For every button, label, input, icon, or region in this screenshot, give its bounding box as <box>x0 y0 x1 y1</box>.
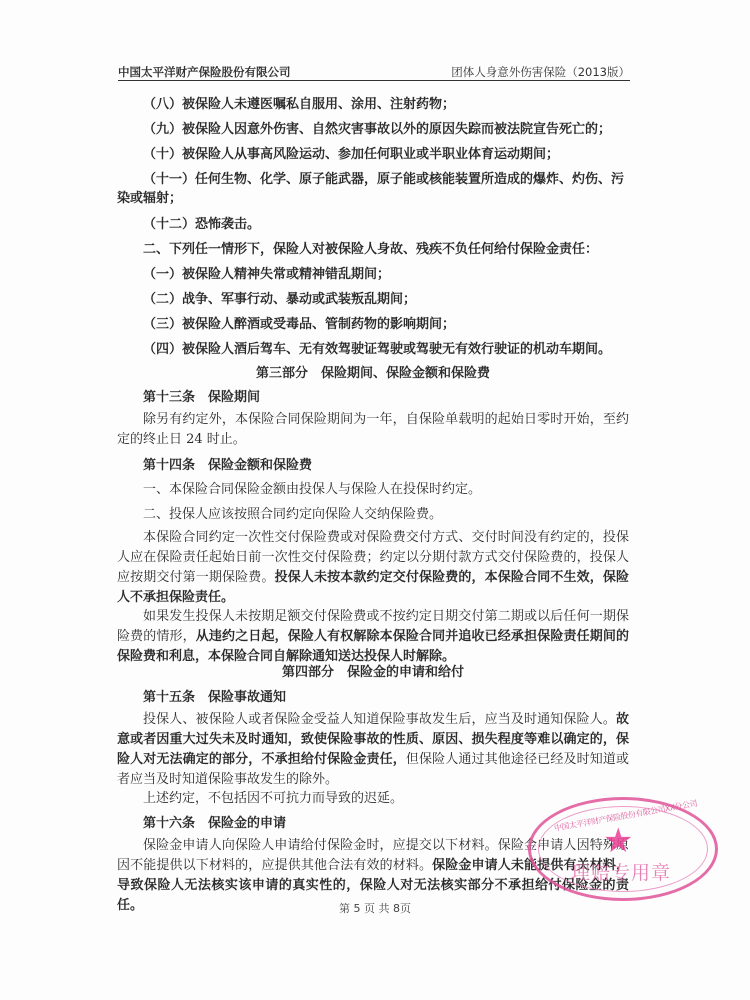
document-page: 中国太平洋财产保险股份有限公司 团体人身意外伤害保险（2013版） （八）被保险… <box>0 0 750 1000</box>
section-2-intro: 二、下列任一情形下，保险人对被保险人身故、残疾不负任何给付保险金责任： <box>143 241 598 259</box>
article-14-item-1: 一、本保险合同保险金额由投保人与保险人在投保时约定。 <box>143 481 481 499</box>
section-2-item-4: （四）被保险人酒后驾车、无有效驾驶证驾驶或驾驶无有效行驶证的机动车期间。 <box>143 341 611 359</box>
page-number: 第 5 页 共 8页 <box>0 900 750 916</box>
clause-11-line2: 染或辐射； <box>117 190 182 208</box>
company-seal-stamp: 中国太平洋财产保险股份有限公司XX分公司 ★ 理赔专用章 <box>528 797 718 901</box>
article-15-text-1: 投保人、被保险人或者保险金受益人知道保险事故发生后，应当及时通知保险人。 <box>143 712 616 727</box>
section-2-item-3: （三）被保险人醉酒或受毒品、管制药物的影响期间； <box>143 316 455 334</box>
article-14-para-1: 本保险合同约定一次性交付保险费或对保险费交付方式、交付时间没有约定的，投保人应在… <box>117 528 629 608</box>
article-14-item-2: 二、投保人应该按照合同约定向保险人交纳保险费。 <box>143 506 442 524</box>
clause-8: （八）被保险人未遵医嘱私自服用、涂用、注射药物； <box>143 96 455 114</box>
header-product: 团体人身意外伤害保险（2013版） <box>451 64 630 80</box>
article-13-text: 除另有约定外，本保险合同保险期间为一年，自保险单载明的起始日零时开始，至约定的终… <box>117 410 629 450</box>
page-header: 中国太平洋财产保险股份有限公司 团体人身意外伤害保险（2013版） <box>118 62 630 81</box>
article-15-para-2: 上述约定，不包括因不可抗力而导致的迟延。 <box>143 790 403 808</box>
clause-9: （九）被保险人因意外伤害、自然灾害事故以外的原因失踪而被法院宣告死亡的； <box>143 121 611 139</box>
part-3-title: 第三部分 保险期间、保险金额和保险费 <box>117 365 629 383</box>
section-2-item-2: （二）战争、军事行动、暴动或武装叛乱期间； <box>143 291 416 309</box>
section-2-item-1: （一）被保险人精神失常或精神错乱期间； <box>143 266 390 284</box>
article-15-title: 第十五条 保险事故通知 <box>143 689 286 707</box>
star-icon: ★ <box>603 824 633 858</box>
stamp-label: 理赔专用章 <box>571 858 671 885</box>
article-14-title: 第十四条 保险金额和保险费 <box>143 457 312 475</box>
clause-10: （十）被保险人从事高风险运动、参加任何职业或半职业体育运动期间； <box>143 146 559 164</box>
clause-12: （十二）恐怖袭击。 <box>143 216 260 234</box>
article-14-para-2: 如果发生投保人未按期足额交付保险费或不按约定日期交付第二期或以后任何一期保险费的… <box>117 607 629 667</box>
part-4-title: 第四部分 保险金的申请和给付 <box>117 664 629 682</box>
article-15-para-1: 投保人、被保险人或者保险金受益人知道保险事故发生后，应当及时通知保险人。故意或者… <box>117 710 629 790</box>
article-16-title: 第十六条 保险金的申请 <box>143 815 286 833</box>
header-company: 中国太平洋财产保险股份有限公司 <box>118 64 291 80</box>
article-13-title: 第十三条 保险期间 <box>143 389 260 407</box>
clause-11-line1: （十一）任何生物、化学、原子能武器，原子能或核能装置所造成的爆炸、灼伤、污 <box>143 171 624 189</box>
